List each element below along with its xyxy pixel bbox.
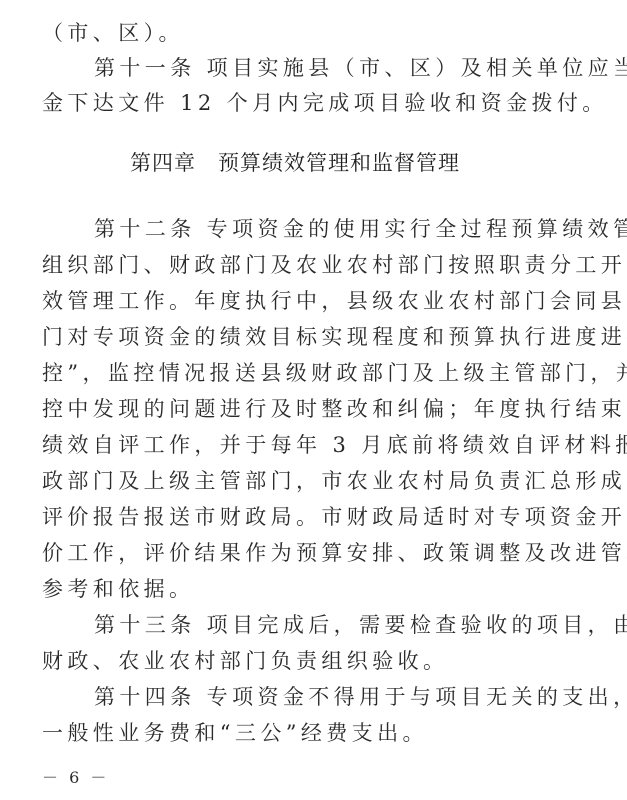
article-12-line-4: 门对专项资金的绩效目标实现程度和预算执行进度进行“双监 <box>42 324 538 350</box>
article-14-line-2: 一般性业务费和“三公”经费支出。 <box>42 720 538 746</box>
chapter-title: 第四章 预算绩效管理和监督管理 <box>130 150 490 176</box>
document-page: （市、区）。 第十一条 项目实施县（市、区）及相关单位应当自收到资 金下达文件 … <box>0 0 627 800</box>
article-13-line-2: 财政、农业农村部门负责组织验收。 <box>42 648 538 674</box>
article-12-line-2: 组织部门、财政部门及农业农村部门按照职责分工开展预算绩 <box>42 252 538 278</box>
article-12-line-3: 效管理工作。年度执行中，县级农业农村部门会同县级组织部 <box>42 288 538 314</box>
article-11-line-1: 第十一条 项目实施县（市、区）及相关单位应当自收到资 <box>94 55 538 81</box>
text-line: （市、区）。 <box>42 20 538 46</box>
article-12-line-7: 绩效自评工作，并于每年 3 月底前将绩效自评材料报送县级财 <box>42 432 538 458</box>
article-14-line-1: 第十四条 专项资金不得用于与项目无关的支出，禁止用于 <box>94 684 538 710</box>
article-11-line-2: 金下达文件 12 个月内完成项目验收和资金拨付。 <box>42 90 538 116</box>
article-12-line-10: 价工作，评价结果作为预算安排、政策调整及改进管理的重要 <box>42 540 538 566</box>
article-12-line-11: 参考和依据。 <box>42 576 538 602</box>
article-12-line-5: 控”，监控情况报送县级财政部门及上级主管部门，并对绩效监 <box>42 360 538 386</box>
article-12-line-6: 控中发现的问题进行及时整改和纠偏；年度执行结束后，开展 <box>42 396 538 422</box>
page-number: － 6 － <box>42 765 109 788</box>
article-12-line-9: 评价报告报送市财政局。市财政局适时对专项资金开展财政评 <box>42 504 538 530</box>
article-13-line-1: 第十三条 项目完成后，需要检查验收的项目，由同级组织、 <box>94 612 538 638</box>
article-12-line-8: 政部门及上级主管部门，市农业农村局负责汇总形成总体绩效 <box>42 468 538 494</box>
article-12-line-1: 第十二条 专项资金的使用实行全过程预算绩效管理，各级 <box>94 216 538 242</box>
